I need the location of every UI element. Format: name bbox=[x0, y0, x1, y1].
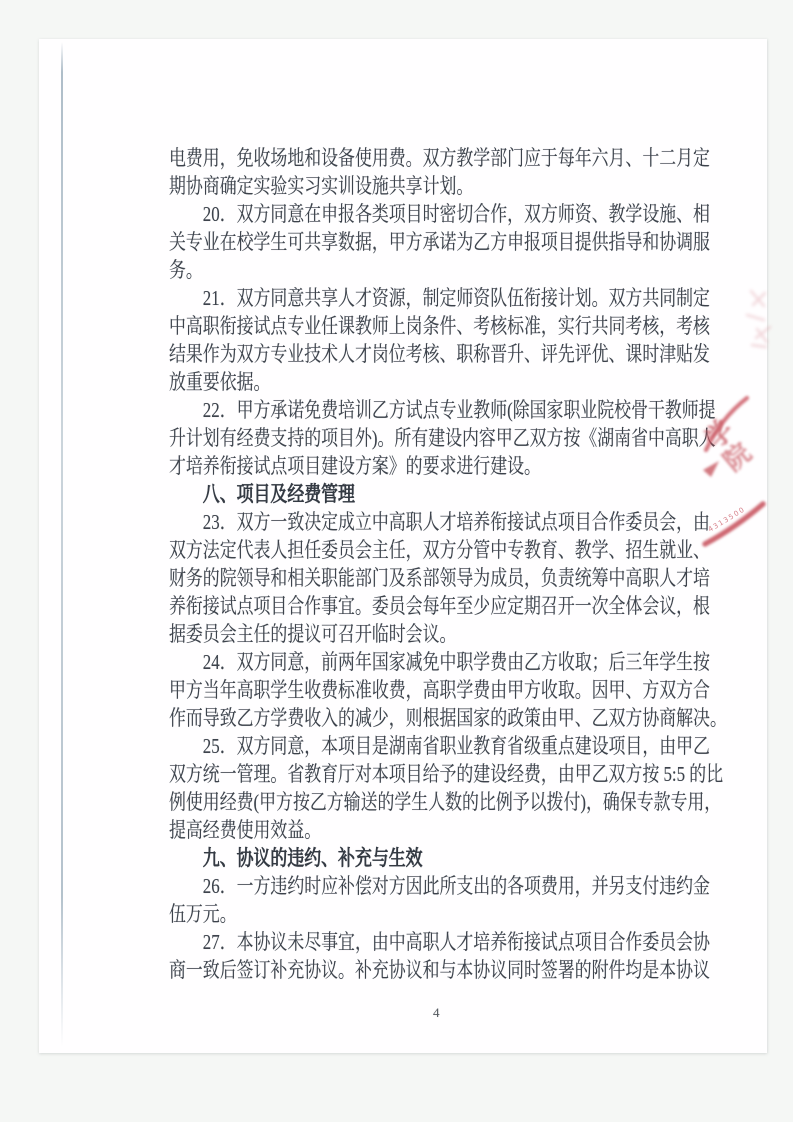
text-line: 22．甲方承诺免费培训乙方试点专业教师(除国家职业院校骨干教师提 bbox=[169, 396, 733, 424]
text-line: 务。 bbox=[169, 256, 733, 284]
text-line: 据委员会主任的提议可召开临时会议。 bbox=[169, 620, 733, 648]
text-line: 20．双方同意在申报各类项目时密切合作，双方师资、教学设施、相 bbox=[169, 200, 733, 228]
text-line: 23．双方一致决定成立中高职人才培养衔接试点项目合作委员会，由 bbox=[169, 508, 733, 536]
text-line: 甲方当年高职学生收费标准收费，高职学费由甲方收取。因甲、方双方合 bbox=[169, 676, 733, 704]
section-heading: 九、协议的违约、补充与生效 bbox=[169, 844, 733, 872]
text-line: 财务的院领导和相关职能部门及系部领导为成员，负责统筹中高职人才培 bbox=[169, 564, 733, 592]
text-line: 作而导致乙方学费收入的减少，则根据国家的政策由甲、乙双方协商解决。 bbox=[169, 704, 733, 732]
text-line: 电费用，免收场地和设备使用费。双方教学部门应于每年六月、十二月定 bbox=[169, 144, 733, 172]
text-line: 26．一方违约时应补偿对方因此所支出的各项费用，并另支付违约金 bbox=[169, 872, 733, 900]
text-line: 关专业在校学生可共享数据，甲方承诺为乙方申报项目提供指导和协调服 bbox=[169, 228, 733, 256]
text-line: 升计划有经费支持的项目外)。所有建设内容甲乙双方按《湖南省中高职人 bbox=[169, 424, 733, 452]
text-line: 伍万元。 bbox=[169, 900, 733, 928]
text-line: 养衔接试点项目合作事宜。委员会每年至少应定期召开一次全体会议，根 bbox=[169, 592, 733, 620]
text-line: 结果作为双方专业技术人才岗位考核、职称晋升、评先评优、课时津贴发 bbox=[169, 340, 733, 368]
text-line: 中高职衔接试点专业任课教师上岗条件、考核标准，实行共同考核，考核 bbox=[169, 312, 733, 340]
text-line: 双方法定代表人担任委员会主任，双方分管中专教育、教学、招生就业、 bbox=[169, 536, 733, 564]
page-number: 4 bbox=[433, 1005, 440, 1021]
document-page: 电费用，免收场地和设备使用费。双方教学部门应于每年六月、十二月定期协商确定实验实… bbox=[39, 39, 767, 1053]
document-text: 电费用，免收场地和设备使用费。双方教学部门应于每年六月、十二月定期协商确定实验实… bbox=[169, 144, 733, 984]
text-line: 提高经费使用效益。 bbox=[169, 816, 733, 844]
text-line: 27．本协议未尽事宜，由中高职人才培养衔接试点项目合作委员会协 bbox=[169, 928, 733, 956]
text-line: 25．双方同意，本项目是湖南省职业教育省级重点建设项目，由甲乙 bbox=[169, 732, 733, 760]
text-line: 双方统一管理。省教育厅对本项目给予的建设经费，由甲乙双方按 5:5 的比 bbox=[169, 760, 733, 788]
text-line: 放重要依据。 bbox=[169, 368, 733, 396]
text-line: 21．双方同意共享人才资源，制定师资队伍衔接计划。双方共同制定 bbox=[169, 284, 733, 312]
text-line: 期协商确定实验实习实训设施共享计划。 bbox=[169, 172, 733, 200]
text-line: 24．双方同意，前两年国家减免中职学费由乙方收取；后三年学生按 bbox=[169, 648, 733, 676]
text-line: 商一致后签订补充协议。补充协议和与本协议同时签署的附件均是本协议 bbox=[169, 956, 733, 984]
text-line: 例使用经费(甲方按乙方输送的学生人数的比例予以拨付)，确保专款专用， bbox=[169, 788, 733, 816]
section-heading: 八、项目及经费管理 bbox=[169, 480, 733, 508]
page-fold-line bbox=[61, 42, 63, 1047]
text-line: 才培养衔接试点项目建设方案》的要求进行建设。 bbox=[169, 452, 733, 480]
